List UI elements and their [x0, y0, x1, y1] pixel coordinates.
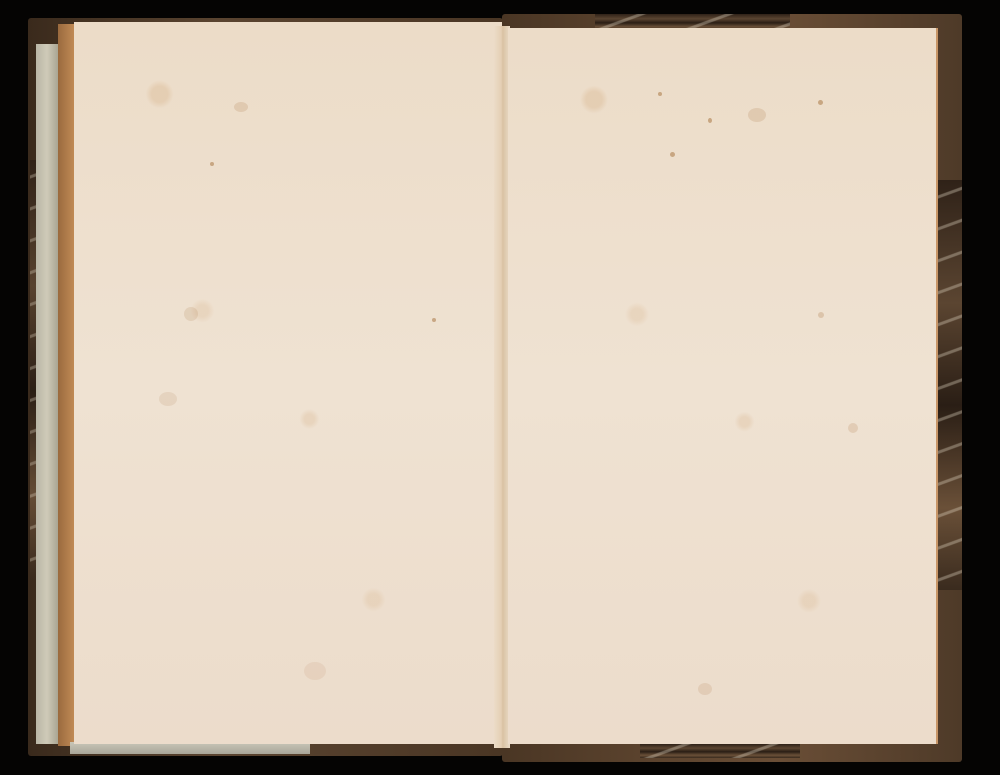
left-page-block-edge: [36, 44, 58, 744]
right-page-stained-edge: [936, 28, 938, 744]
left-endpaper-edge: [58, 24, 74, 746]
right-cover-marbled-edge-bottom: [640, 744, 800, 758]
right-page: [508, 28, 938, 744]
right-cover-marbled-edge-side: [938, 180, 962, 590]
left-page: [74, 22, 502, 744]
